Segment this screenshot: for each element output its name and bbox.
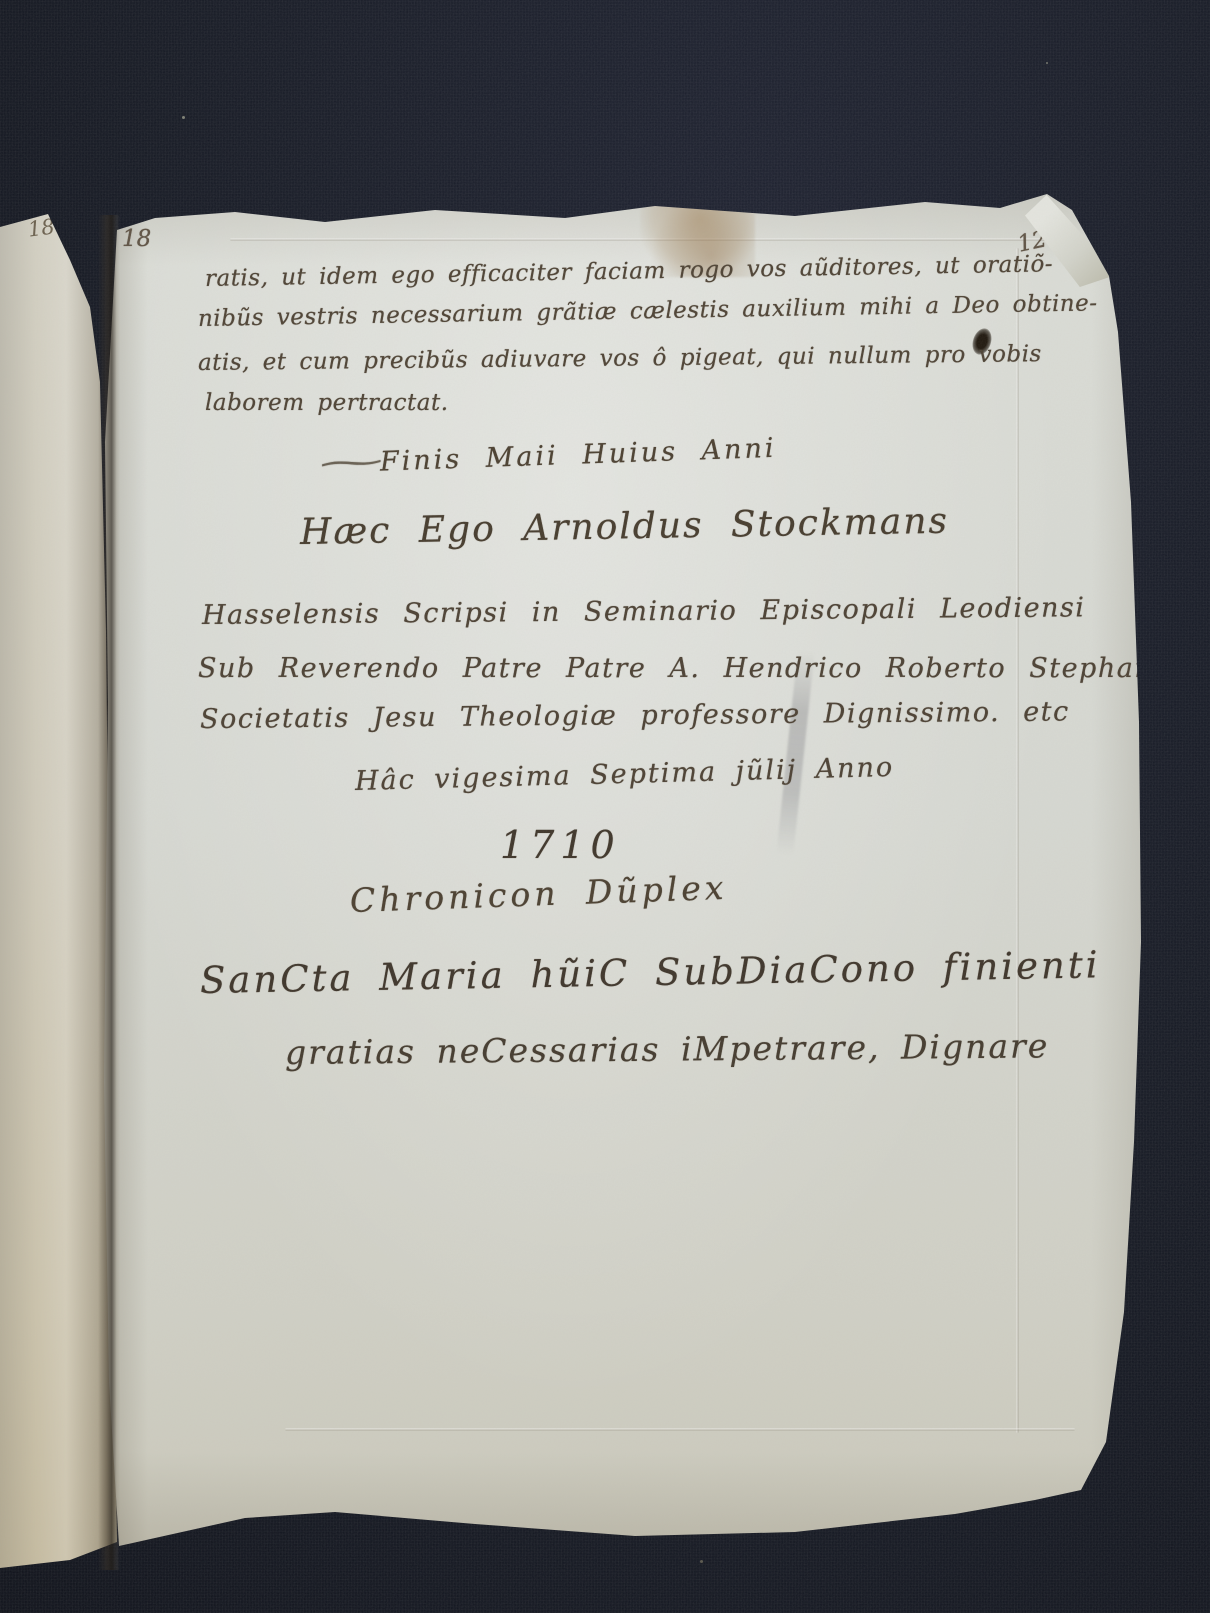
manuscript-line: ratis, ut idem ego efficaciter faciam ro…: [205, 253, 1054, 291]
colophon-line: Societatis Jesu Theologiæ professore Dig…: [200, 698, 1070, 733]
invocation-line: gratias neCessarias iMpetrare, Dignare: [285, 1029, 1050, 1069]
manuscript-line: laborem pertractat.: [205, 392, 449, 415]
blind-ruled-line-right: [1016, 248, 1019, 1433]
year-line: 1710: [500, 826, 621, 864]
manuscript-page: 18 126 ratis, ut idem ego efficaciter fa…: [95, 182, 1155, 1577]
dust-speck: [1046, 62, 1048, 64]
finis-line: ⁓Finis Maii Huius Anni: [340, 435, 777, 477]
scribe-title-line: Hæc Ego Arnoldus Stockmans: [300, 504, 950, 551]
finis-text: Finis Maii Huius Anni: [379, 433, 777, 478]
chronicon-line: Chronicon Dũplex: [349, 871, 727, 917]
pen-flourish: ⁓: [319, 448, 392, 477]
manuscript-photo: 18 18 126 ratis, ut idem ego efficaciter…: [0, 0, 1210, 1613]
manuscript-line: nibũs vestris necessarium grãtiæ cælesti…: [198, 292, 1098, 331]
colophon-line: Hasselensis Scripsi in Seminario Episcop…: [202, 594, 1086, 629]
blind-ruled-line-bottom: [285, 1428, 1075, 1431]
dust-speck: [700, 1560, 703, 1563]
invocation-line: SanCta Maria hũiC SubDiaCono finienti: [200, 946, 1101, 999]
page-number-left: 18: [122, 228, 151, 251]
colophon-line: Sub Reverendo Patre Patre A. Hendrico Ro…: [198, 655, 1163, 682]
colophon-line: Hâc vigesima Septima jũlij Anno: [355, 754, 895, 795]
dust-speck: [182, 116, 185, 119]
manuscript-line: atis, et cum precibũs adiuvare vos ô pig…: [198, 343, 1042, 375]
